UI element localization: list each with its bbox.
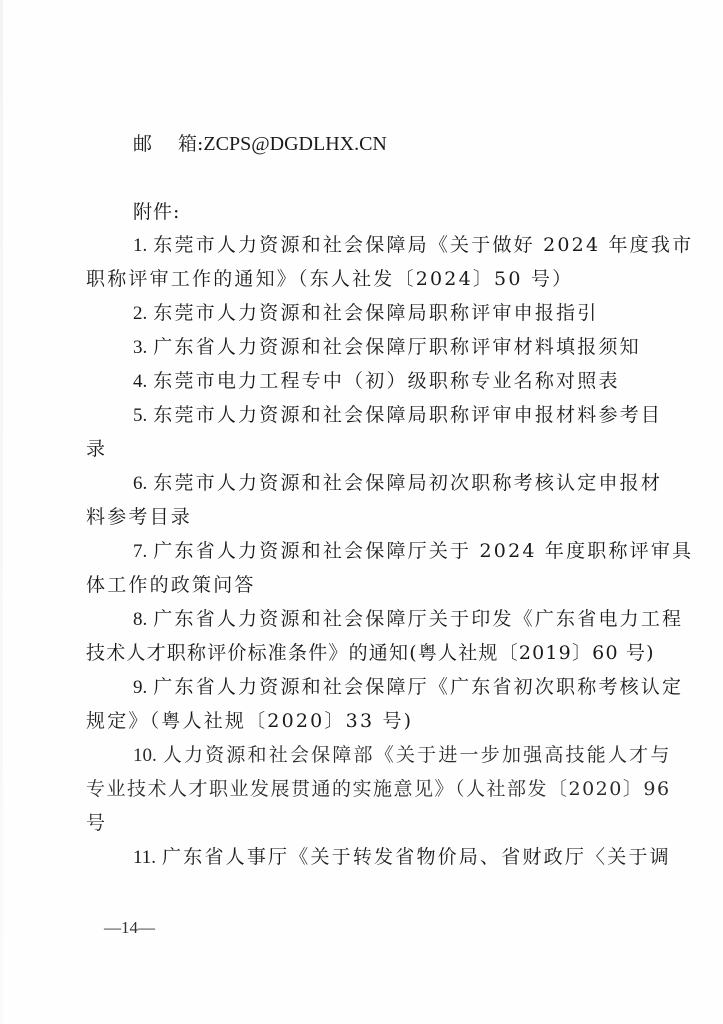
attachment-number: 9. bbox=[133, 677, 147, 698]
attachment-text: 广东省人力资源和社会保障厅《广东省初次职称考核认定 bbox=[153, 676, 683, 698]
attachments-heading: 附件: bbox=[133, 195, 180, 229]
attachment-number: 4. bbox=[133, 371, 147, 392]
attachment-6-line-1: 6.东莞市人力资源和社会保障局初次职称考核认定申报材 bbox=[133, 466, 632, 501]
email-label-char-1: 邮 bbox=[133, 133, 178, 155]
attachment-5-line-2: 录 bbox=[86, 432, 632, 466]
attachment-1-line-2: 职称评审工作的通知》（东人社发〔2024〕50 号） bbox=[86, 262, 632, 296]
attachment-10-line-2: 专业技术人才职业发展贯通的实施意见》（人社部发〔2020〕96 bbox=[86, 772, 632, 806]
attachment-11-line-1: 11.广东省人事厅《关于转发省物价局、省财政厅〈关于调 bbox=[133, 840, 632, 875]
attachment-number: 8. bbox=[133, 609, 147, 630]
email-line: 邮箱:ZCPS@DGDLHX.CN bbox=[133, 127, 387, 161]
attachment-text: 广东省人力资源和社会保障厅关于 2024 年度职称评审具 bbox=[153, 540, 693, 562]
attachment-6-line-2: 料参考目录 bbox=[86, 500, 632, 534]
attachment-number: 7. bbox=[133, 541, 147, 562]
attachment-text: 广东省人事厅《关于转发省物价局、省财政厅〈关于调 bbox=[162, 846, 671, 868]
email-value: ZCPS@DGDLHX.CN bbox=[203, 133, 386, 155]
attachment-8-line-2: 技术人才职称评价标准条件》的通知(粤人社规〔2019〕60 号) bbox=[86, 636, 632, 670]
attachment-3-line-1: 3.广东省人力资源和社会保障厅职称评审材料填报须知 bbox=[133, 330, 632, 365]
attachment-text: 东莞市人力资源和社会保障局职称评审申报材料参考目 bbox=[153, 404, 662, 426]
attachment-text: 东莞市人力资源和社会保障局初次职称考核认定申报材 bbox=[153, 472, 662, 494]
attachment-number: 3. bbox=[133, 337, 147, 358]
attachment-9-line-2: 规定》（粤人社规〔2020〕33 号) bbox=[86, 704, 632, 738]
attachment-number: 6. bbox=[133, 473, 147, 494]
attachment-text: 人力资源和社会保障部《关于进一步加强高技能人才与 bbox=[163, 744, 672, 766]
attachment-number: 1. bbox=[133, 235, 147, 256]
attachment-1-line-1: 1.东莞市人力资源和社会保障局《关于做好 2024 年度我市 bbox=[133, 228, 632, 263]
email-label-char-2: 箱: bbox=[178, 133, 203, 155]
attachment-text: 东莞市电力工程专中（初）级职称专业名称对照表 bbox=[153, 370, 619, 392]
attachment-number: 11. bbox=[133, 847, 156, 868]
page-number: —14— bbox=[104, 918, 155, 938]
attachment-10-line-3: 号 bbox=[86, 806, 632, 840]
attachment-4-line-1: 4.东莞市电力工程专中（初）级职称专业名称对照表 bbox=[133, 364, 632, 399]
attachment-text: 东莞市人力资源和社会保障局职称评审申报指引 bbox=[153, 302, 598, 324]
attachment-7-line-1: 7.广东省人力资源和社会保障厅关于 2024 年度职称评审具 bbox=[133, 534, 632, 569]
attachment-number: 10. bbox=[133, 745, 157, 766]
attachment-2-line-1: 2.东莞市人力资源和社会保障局职称评审申报指引 bbox=[133, 296, 632, 331]
attachment-5-line-1: 5.东莞市人力资源和社会保障局职称评审申报材料参考目 bbox=[133, 398, 632, 433]
attachment-8-line-1: 8.广东省人力资源和社会保障厅关于印发《广东省电力工程 bbox=[133, 602, 632, 637]
attachment-text: 广东省人力资源和社会保障厅职称评审材料填报须知 bbox=[153, 336, 641, 358]
document-page: 邮箱:ZCPS@DGDLHX.CN 附件: 1.东莞市人力资源和社会保障局《关于… bbox=[0, 0, 723, 1024]
attachment-9-line-1: 9.广东省人力资源和社会保障厅《广东省初次职称考核认定 bbox=[133, 670, 632, 705]
attachment-number: 2. bbox=[133, 303, 147, 324]
attachment-10-line-1: 10.人力资源和社会保障部《关于进一步加强高技能人才与 bbox=[133, 738, 632, 773]
attachment-number: 5. bbox=[133, 405, 147, 426]
attachment-7-line-2: 体工作的政策问答 bbox=[86, 568, 632, 602]
attachment-text: 东莞市人力资源和社会保障局《关于做好 2024 年度我市 bbox=[153, 234, 693, 256]
attachment-text: 广东省人力资源和社会保障厅关于印发《广东省电力工程 bbox=[153, 608, 683, 630]
scan-edge bbox=[0, 0, 3, 1024]
